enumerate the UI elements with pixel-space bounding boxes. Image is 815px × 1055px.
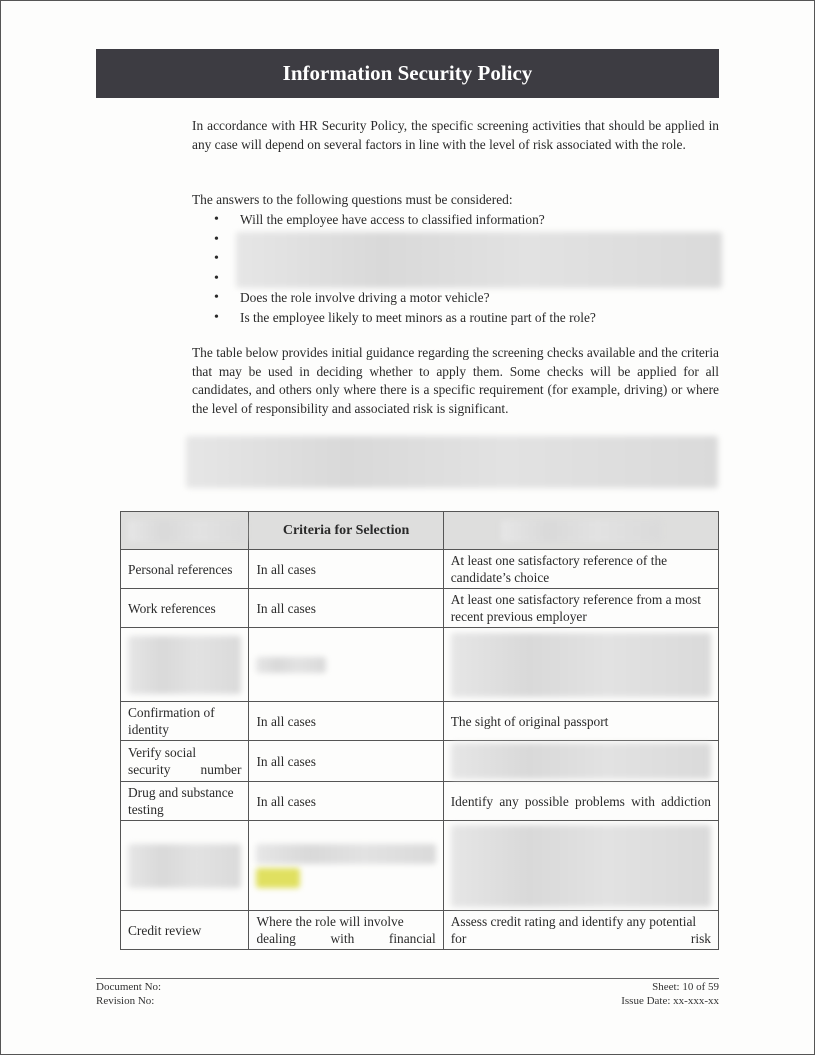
check-cell: Verify social security number bbox=[121, 741, 249, 782]
redacted-bullets bbox=[236, 232, 722, 288]
list-item: Does the role involve driving a motor ve… bbox=[192, 288, 719, 308]
requirement-cell bbox=[443, 628, 718, 702]
header-check-redacted bbox=[121, 512, 249, 550]
footer-left: Document No: Revision No: bbox=[96, 980, 161, 1008]
requirement-cell: Assess credit rating and identify any po… bbox=[443, 911, 718, 950]
questions-lead: The answers to the following questions m… bbox=[192, 191, 719, 210]
redacted-text bbox=[128, 844, 241, 888]
criteria-cell: In all cases bbox=[249, 550, 443, 589]
table-row-redacted bbox=[121, 628, 719, 702]
redacted-text bbox=[451, 825, 711, 907]
check-cell: Work references bbox=[121, 589, 249, 628]
redacted-text bbox=[501, 520, 661, 542]
criteria-cell: In all cases bbox=[249, 702, 443, 741]
redacted-text bbox=[256, 844, 435, 864]
criteria-cell bbox=[249, 628, 443, 702]
check-cell bbox=[121, 821, 249, 911]
criteria-cell: Where the role will involve dealing with… bbox=[249, 911, 443, 950]
table-row: Verify social security number In all cas… bbox=[121, 741, 719, 782]
issue-date: Issue Date: xx-xxx-xx bbox=[621, 994, 719, 1008]
check-cell: Drug and substance testing bbox=[121, 782, 249, 821]
redacted-paragraph bbox=[186, 436, 718, 488]
sheet-number: Sheet: 10 of 59 bbox=[621, 980, 719, 994]
requirement-cell: Identify any possible problems with addi… bbox=[443, 782, 718, 821]
highlighted-redacted-text bbox=[256, 868, 300, 888]
header-requirement-redacted bbox=[443, 512, 718, 550]
requirement-cell bbox=[443, 821, 718, 911]
intro-paragraph: In accordance with HR Security Policy, t… bbox=[192, 117, 719, 154]
check-cell: Personal references bbox=[121, 550, 249, 589]
table-intro-paragraph: The table below provides initial guidanc… bbox=[192, 344, 719, 418]
list-item: Is the employee likely to meet minors as… bbox=[192, 308, 719, 328]
criteria-cell: In all cases bbox=[249, 782, 443, 821]
table-row: Work references In all cases At least on… bbox=[121, 589, 719, 628]
document-number: Document No: bbox=[96, 980, 161, 994]
redacted-text bbox=[451, 633, 711, 697]
requirement-cell: At least one satisfactory reference of t… bbox=[443, 550, 718, 589]
criteria-cell bbox=[249, 821, 443, 911]
check-cell bbox=[121, 628, 249, 702]
footer-divider bbox=[96, 978, 719, 979]
table-header-row: Criteria for Selection bbox=[121, 512, 719, 550]
redacted-text bbox=[256, 657, 326, 673]
list-item: Will the employee have access to classif… bbox=[192, 210, 719, 230]
check-cell: Credit review bbox=[121, 911, 249, 950]
table-row: Drug and substance testing In all cases … bbox=[121, 782, 719, 821]
redacted-text bbox=[451, 743, 711, 779]
redacted-text bbox=[128, 636, 241, 694]
requirement-cell bbox=[443, 741, 718, 782]
document-title-bar: Information Security Policy bbox=[96, 49, 719, 98]
check-cell: Confirmation of identity bbox=[121, 702, 249, 741]
document-title: Information Security Policy bbox=[283, 61, 533, 86]
requirement-cell: The sight of original passport bbox=[443, 702, 718, 741]
table-row: Confirmation of identity In all cases Th… bbox=[121, 702, 719, 741]
table-row: Credit review Where the role will involv… bbox=[121, 911, 719, 950]
redacted-text bbox=[128, 520, 246, 542]
criteria-cell: In all cases bbox=[249, 741, 443, 782]
criteria-cell: In all cases bbox=[249, 589, 443, 628]
requirement-cell: At least one satisfactory reference from… bbox=[443, 589, 718, 628]
revision-number: Revision No: bbox=[96, 994, 161, 1008]
table-row: Personal references In all cases At leas… bbox=[121, 550, 719, 589]
table-row-redacted bbox=[121, 821, 719, 911]
footer-right: Sheet: 10 of 59 Issue Date: xx-xxx-xx bbox=[621, 980, 719, 1008]
screening-table: Criteria for Selection Personal referenc… bbox=[120, 511, 719, 950]
header-criteria: Criteria for Selection bbox=[249, 512, 443, 550]
